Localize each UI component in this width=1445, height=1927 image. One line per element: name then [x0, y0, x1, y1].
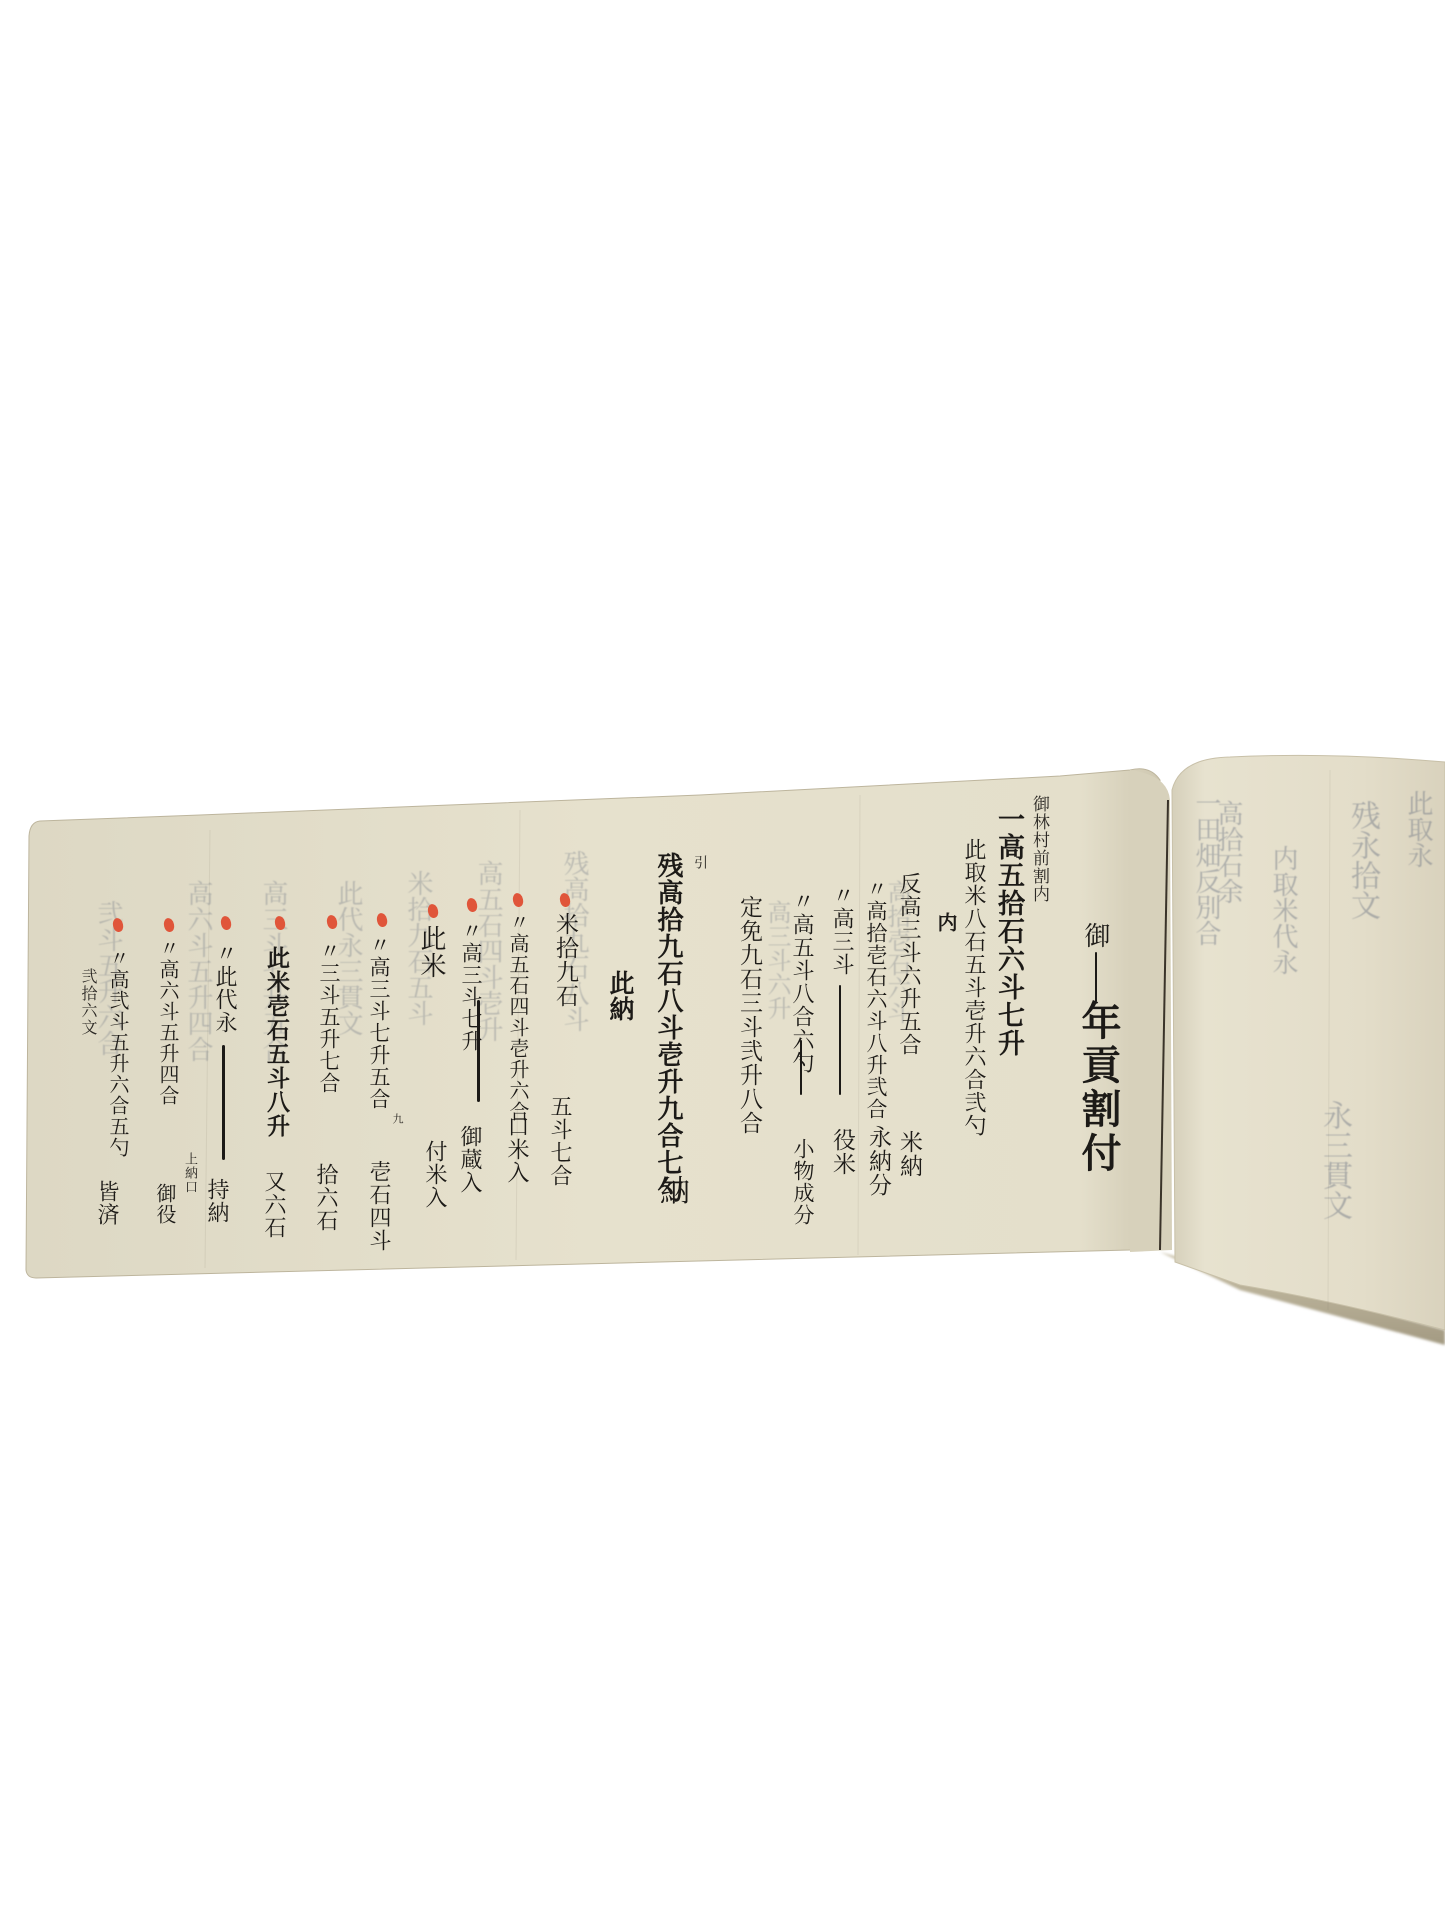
- continuation-stroke: [839, 985, 841, 1095]
- entry-annotation: 弐拾六文: [80, 968, 96, 1036]
- entry-text: 〃高三斗七升五合: [368, 934, 389, 1110]
- column-annotation: 御林村前割内: [1030, 795, 1047, 903]
- entry-footer: 付米入: [423, 1140, 445, 1209]
- entry-footer: 御役: [155, 1183, 175, 1225]
- ledger-column: 残高拾九石八斗壱升九合七勺: [655, 852, 681, 1203]
- ledger-column: 一高五拾石六斗七升: [995, 805, 1022, 1057]
- entry-footer: 持納: [205, 1178, 227, 1224]
- roll-column: 残永拾文: [1340, 800, 1384, 920]
- ledger-column: 此納: [608, 970, 633, 1022]
- entry-text: 此米壱石五斗八升: [265, 946, 288, 1138]
- unit-mark: 内: [936, 912, 956, 933]
- entry-footer: 口米入: [505, 1115, 527, 1184]
- entry-text: 〃三斗五升七合: [318, 940, 339, 1094]
- column-footer: 永納分: [866, 1125, 889, 1197]
- ledger-column: 定免九石三斗弐升八合: [737, 895, 760, 1135]
- entry-footer: 御蔵入: [458, 1125, 480, 1194]
- roll-column: 高拾石余: [1210, 800, 1247, 904]
- ledger-column: 反高三斗六升五合: [897, 872, 919, 1056]
- sheet-curl: [1130, 770, 1172, 1252]
- roll-column: 内取米代永: [1265, 845, 1302, 975]
- entry-note: 九: [392, 1113, 403, 1125]
- entry-footer: 壱石四斗: [367, 1160, 389, 1252]
- column-footer: 納: [656, 1175, 686, 1206]
- continuation-stroke: [800, 1040, 802, 1095]
- column-footer: 役米: [830, 1128, 853, 1176]
- column-annotation: 引: [693, 855, 707, 870]
- entry-footer: 拾六石: [314, 1163, 336, 1232]
- entry-text: 〃此代永: [213, 942, 235, 1034]
- heading-prefix: 御: [1082, 922, 1108, 949]
- heading-stroke: [1095, 952, 1097, 1002]
- continuation-stroke: [477, 1000, 480, 1102]
- entry-text: 米拾九石: [553, 912, 576, 1008]
- entry-text: 此米: [418, 925, 444, 979]
- photo-stage: 残高拾九石八斗 高五石四斗壱升 米拾九石五斗 此代永三貫文 高三斗七升五合 高六…: [0, 0, 1445, 1927]
- entry-text: 〃高六斗五升四合: [158, 938, 178, 1106]
- ledger-column: 〃高拾壱石六斗八升弐合: [865, 878, 886, 1120]
- roll-column: 永三貫文: [1312, 1100, 1356, 1220]
- column-footer: 米納: [897, 1130, 920, 1178]
- heading-title: 年貢割付: [1078, 1000, 1118, 1176]
- roll-column: 此取永: [1400, 790, 1437, 868]
- entry-annotation: 上納口: [183, 1152, 196, 1194]
- entry-footer: 又六石: [262, 1170, 284, 1239]
- entry-footer: 皆済: [95, 1180, 117, 1226]
- continuation-stroke: [222, 1045, 225, 1160]
- entry-text: 〃高五石四斗壱升六合: [508, 912, 528, 1122]
- column-footer: 小物成分: [792, 1138, 813, 1226]
- entry-footer: 五斗七合: [548, 1095, 570, 1187]
- ledger-column: 〃高三斗: [830, 884, 852, 976]
- entry-text: 〃高弐斗五升六合五勺: [108, 948, 128, 1158]
- ledger-column: 此取米八石五斗壱升六合弐勺: [962, 838, 984, 1137]
